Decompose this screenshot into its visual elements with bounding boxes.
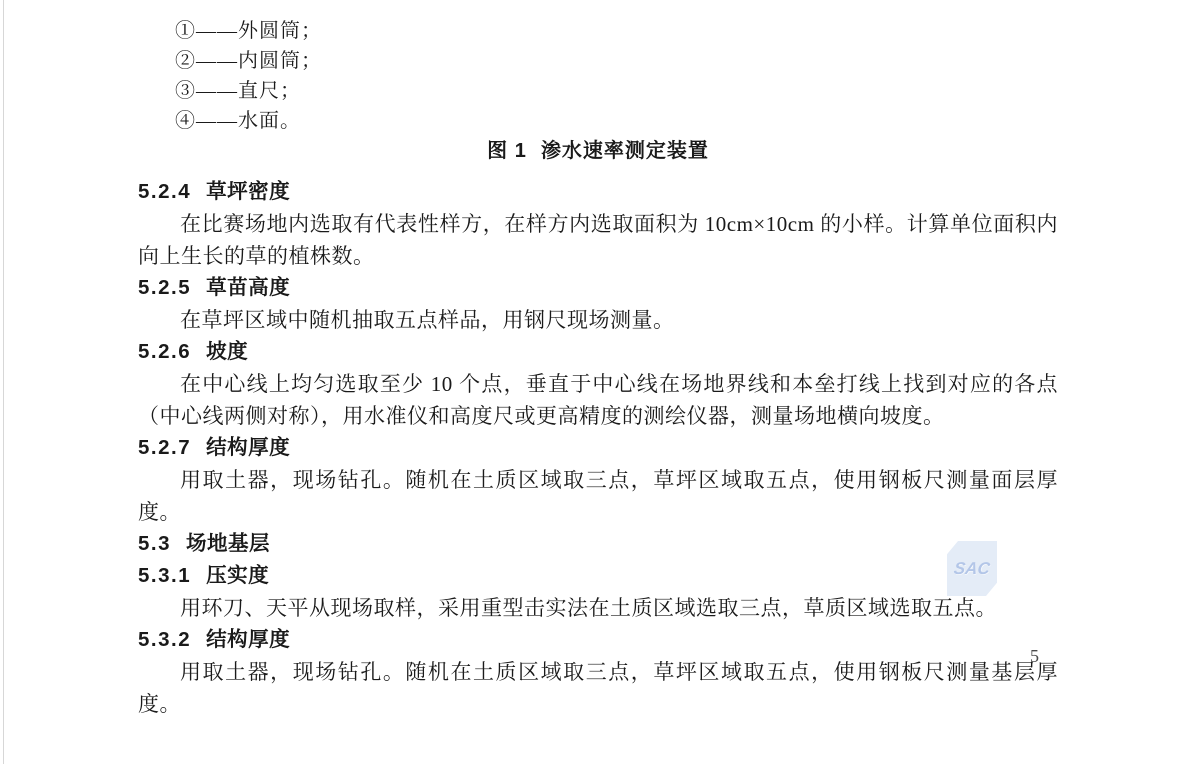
section-title: 压实度 [206,564,269,587]
section-5-3-1: 5.3.1压实度 用环刀、天平从现场取样，采用重型击实法在土质区域选取三点，草质… [138,560,1058,624]
section-heading: 5.2.5草苗高度 [138,272,1058,304]
section-body: 在中心线上均匀选取至少 10 个点，垂直于中心线在场地界线和本垒打线上找到对应的… [138,368,1058,432]
section-heading: 5.3场地基层 [138,528,1058,560]
section-number: 5.3.1 [138,564,191,587]
section-number: 5.3.2 [138,628,191,651]
section-title: 场地基层 [186,532,270,555]
section-heading: 5.2.4草坪密度 [138,176,1058,208]
section-body: 用取土器，现场钻孔。随机在土质区域取三点，草坪区域取五点，使用钢板尺测量基层厚度… [138,656,1058,720]
section-body: 在比赛场地内选取有代表性样方，在样方内选取面积为 10cm×10cm 的小样。计… [138,208,1058,272]
section-heading: 5.3.1压实度 [138,560,1058,592]
legend-item: ③——直尺； [175,76,1058,106]
legend-item: ④——水面。 [175,106,1058,136]
legend-item: ①——外圆筒； [175,16,1058,46]
section-title: 结构厚度 [206,436,290,459]
section-title: 坡度 [206,340,248,363]
section-number: 5.3 [138,532,171,555]
document-page: ①——外圆筒； ②——内圆筒； ③——直尺； ④——水面。 图 1渗水速率测定装… [0,0,1191,764]
section-title: 草坪密度 [206,180,290,203]
section-number: 5.2.6 [138,340,191,363]
legend-item: ②——内圆筒； [175,46,1058,76]
sections: 5.2.4草坪密度 在比赛场地内选取有代表性样方，在样方内选取面积为 10cm×… [138,176,1058,720]
figure-caption-text: 渗水速率测定装置 [541,140,709,162]
section-body: 用取土器，现场钻孔。随机在土质区域取三点，草坪区域取五点，使用钢板尺测量面层厚度… [138,464,1058,528]
figure-caption: 图 1渗水速率测定装置 [138,136,1058,166]
section-5-3-2: 5.3.2结构厚度 用取土器，现场钻孔。随机在土质区域取三点，草坪区域取五点，使… [138,624,1058,720]
section-5-2-5: 5.2.5草苗高度 在草坪区域中随机抽取五点样品，用钢尺现场测量。 [138,272,1058,336]
section-number: 5.2.4 [138,180,191,203]
section-body: 在草坪区域中随机抽取五点样品，用钢尺现场测量。 [138,304,1058,336]
section-5-3: 5.3场地基层 [138,528,1058,560]
section-5-2-6: 5.2.6坡度 在中心线上均匀选取至少 10 个点，垂直于中心线在场地界线和本垒… [138,336,1058,432]
section-number: 5.2.7 [138,436,191,459]
section-body: 用环刀、天平从现场取样，采用重型击实法在土质区域选取三点，草质区域选取五点。 [138,592,1058,624]
figure-caption-label: 图 1 [487,140,527,162]
page-left-border [3,0,4,764]
section-number: 5.2.5 [138,276,191,299]
section-heading: 5.3.2结构厚度 [138,624,1058,656]
figure-legend: ①——外圆筒； ②——内圆筒； ③——直尺； ④——水面。 [175,16,1058,136]
section-heading: 5.2.7结构厚度 [138,432,1058,464]
section-5-2-4: 5.2.4草坪密度 在比赛场地内选取有代表性样方，在样方内选取面积为 10cm×… [138,176,1058,272]
section-heading: 5.2.6坡度 [138,336,1058,368]
page-number: 5 [1030,646,1039,667]
section-5-2-7: 5.2.7结构厚度 用取土器，现场钻孔。随机在土质区域取三点，草坪区域取五点，使… [138,432,1058,528]
page-content: ①——外圆筒； ②——内圆筒； ③——直尺； ④——水面。 图 1渗水速率测定装… [138,16,1058,720]
section-title: 结构厚度 [206,628,290,651]
section-title: 草苗高度 [206,276,290,299]
